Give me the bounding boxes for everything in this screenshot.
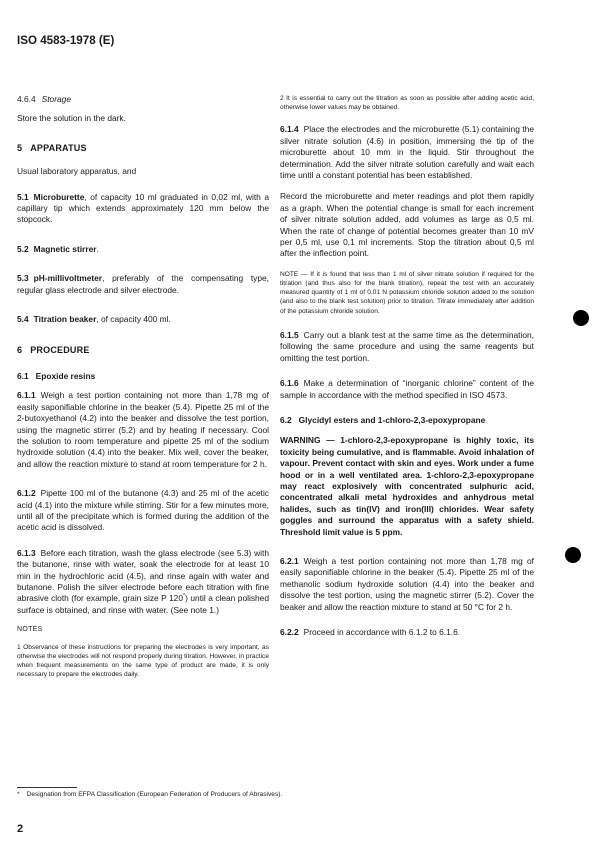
clause-number: 5.1 [17,192,29,202]
clause-text: Pipette 100 ml of the butanone (4.3) and… [17,488,269,532]
clause-term: Titration beaker [34,314,97,324]
section-number: 6.2 [280,415,292,425]
clause-5-4: 5.4Titration beaker, of capacity 400 ml. [17,314,269,325]
clause-text: Carry out a blank test at the same time … [280,330,534,363]
clause-number: 5.2 [17,244,29,254]
note-1: 1 Observance of these instructions for p… [17,643,269,680]
clause-number: 6.1.3 [17,548,36,558]
section-6-heading: 6PROCEDURE [17,345,269,356]
page-number: 2 [17,823,23,835]
clause-text: Weigh a test portion containing not more… [17,390,269,468]
right-column: 2 It is essential to carry out the titra… [280,94,534,650]
clause-number: 6.2.1 [280,556,299,566]
clause-text: Proceed in accordance with 6.1.2 to 6.1.… [304,627,460,637]
clause-number: 6.1.4 [280,124,299,134]
clause-6-1-3: 6.1.3Before each titration, wash the gla… [17,548,269,616]
clause-number: 6.1.2 [17,488,36,498]
clause-6-1-6: 6.1.6Make a determination of “inorganic … [280,378,534,401]
warning-paragraph: WARNING — 1-chloro-2,3-epoxypropane is h… [280,435,534,538]
clause-term: Microburette [34,192,85,202]
section-number: 6 [17,345,22,355]
clause-term: pH-millivoltmeter [34,273,102,283]
clause-number: 5.4 [17,314,29,324]
footnote-marker: * [17,791,20,798]
footnote: *Designation from EFPA Classification (E… [17,791,282,798]
clause-6-2-2: 6.2.2Proceed in accordance with 6.1.2 to… [280,627,534,638]
note-titration: NOTE — If it is found that less than 1 m… [280,270,534,316]
section-title: APPARATUS [30,143,86,153]
clause-text: . [97,244,99,254]
clause-6-2-1: 6.2.1Weigh a test portion containing not… [280,556,534,613]
document-header: ISO 4583-1978 (E) [17,34,114,47]
section-number: 4.6.4 [17,94,36,104]
clause-5-1: 5.1Microburette, of capacity 10 ml gradu… [17,192,269,226]
margin-dot-mark [573,310,589,326]
footnote-text: Designation from EFPA Classification (Eu… [27,791,283,798]
section-6-2-heading: 6.2Glycidyl esters and 1-chloro-2,3-epox… [280,415,534,426]
clause-text: Weigh a test portion containing not more… [280,556,534,612]
section-5-heading: 5APPARATUS [17,143,269,154]
section-number: 5 [17,143,22,153]
clause-6-1-2: 6.1.2Pipette 100 ml of the butanone (4.3… [17,488,269,534]
clause-6-1-5: 6.1.5Carry out a blank test at the same … [280,330,534,364]
clause-6-1-4: 6.1.4Place the electrodes and the microb… [280,124,534,181]
clause-5-3: 5.3pH-millivoltmeter, preferably of the … [17,273,269,296]
section-title: Glycidyl esters and 1-chloro-2,3-epoxypr… [299,415,486,425]
storage-text: Store the solution in the dark. [17,113,269,124]
clause-text: Place the electrodes and the microburett… [280,124,534,180]
apparatus-intro: Usual laboratory apparatus, and [17,166,269,177]
section-title: Epoxide resins [36,371,96,381]
clause-number: 6.2.2 [280,627,299,637]
section-4-6-4-heading: 4.6.4Storage [17,94,269,105]
section-title: Storage [42,94,71,104]
footnote-rule [17,787,77,788]
margin-dot-mark [565,547,581,563]
record-paragraph: Record the microburette and meter readin… [280,191,534,259]
section-title: PROCEDURE [30,345,89,355]
note-2: 2 It is essential to carry out the titra… [280,94,534,112]
clause-term: Magnetic stirrer [34,244,97,254]
clause-6-1-1: 6.1.1Weigh a test portion containing not… [17,390,269,470]
section-number: 6.1 [17,371,29,381]
clause-5-2: 5.2Magnetic stirrer. [17,244,269,255]
clause-number: 6.1.6 [280,378,299,388]
clause-number: 6.1.1 [17,390,36,400]
clause-number: 5.3 [17,273,29,283]
left-column: 4.6.4Storage Store the solution in the d… [17,94,269,691]
section-6-1-heading: 6.1Epoxide resins [17,371,269,382]
notes-label: NOTES [17,624,269,635]
clause-text: , of capacity 400 ml. [96,314,170,324]
clause-number: 6.1.5 [280,330,299,340]
clause-text: Make a determination of “inorganic chlor… [280,378,534,399]
